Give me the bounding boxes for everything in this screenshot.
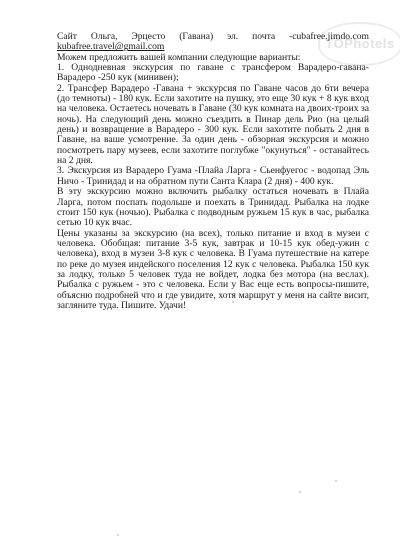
scan-speck (335, 480, 337, 482)
header-word: почта (252, 32, 275, 42)
option-3-paragraph: 3. Экскурсия из Варадеро Гуама -Плайа Ла… (57, 166, 369, 187)
option-1-paragraph: 1. Однодневная экскурсия по гаване с тра… (57, 63, 369, 84)
header-word: эл. (227, 32, 238, 42)
document-body: Сайт Ольга, Эрцесто (Гавана) эл. почта -… (57, 32, 369, 311)
fishing-paragraph: В эту экскурсию можно включить рыбалку о… (57, 187, 369, 228)
scan-speck (299, 491, 301, 493)
scanned-page: TOPhotels Сайт Ольга, Эрцесто (Гавана) э… (0, 0, 400, 550)
website-link[interactable]: -cubafree.jimdo.com (289, 32, 369, 42)
prices-paragraph: Цены указаны за экскурсию (на всех), тол… (57, 229, 369, 312)
option-2-paragraph: 2. Трансфер Варадеро -Гавана + экскурсия… (57, 84, 369, 167)
scan-speck (117, 534, 119, 536)
header-word: (Гавана) (179, 32, 213, 42)
scan-speck (232, 301, 234, 303)
email-link[interactable]: kubafree.travel@gmail.com (57, 41, 164, 52)
